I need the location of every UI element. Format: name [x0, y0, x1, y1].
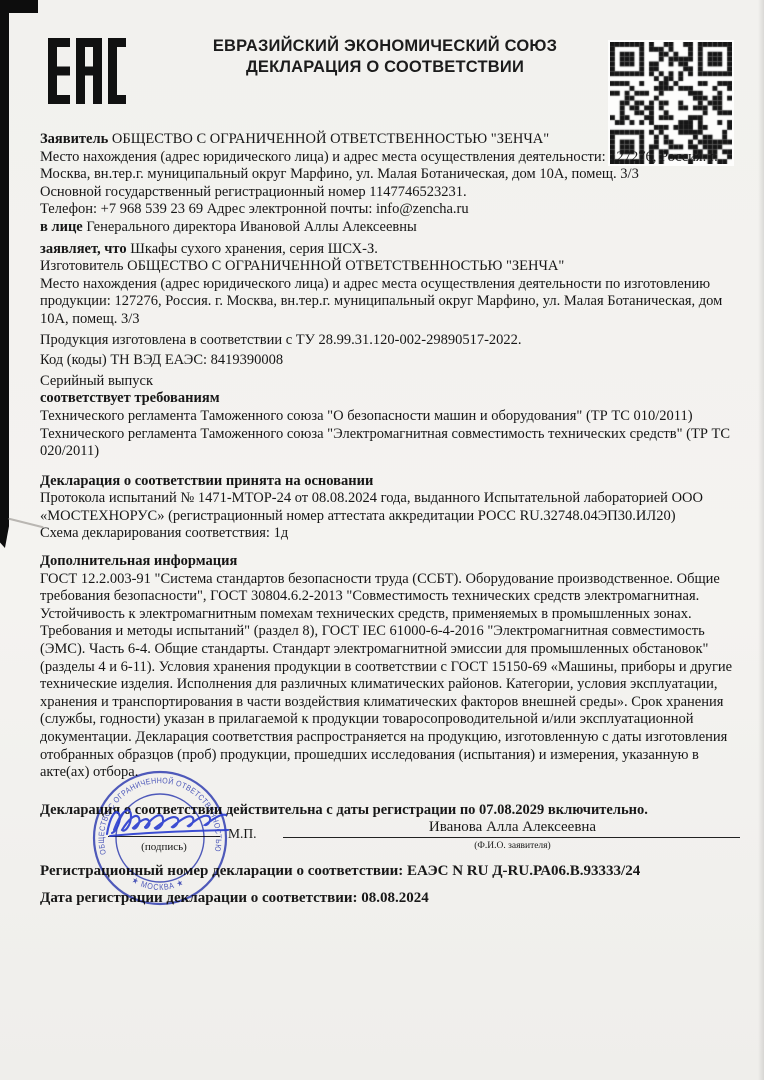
stamp-bottom-text: ★ МОСКВА ★	[130, 874, 185, 892]
basis-scheme: Схема декларирования соответствия: 1д	[40, 525, 744, 543]
applicant-fio: Иванова Алла Алексеевна	[285, 819, 740, 836]
applicant-person: в лице Генерального директора Ивановой А…	[40, 219, 744, 237]
tnved-line: Код (коды) ТН ВЭД ЕАЭС: 8419390008	[40, 352, 744, 370]
eac-mark-icon: EAC	[48, 38, 126, 109]
applicant-ogrn: Основной государственный регистрационный…	[40, 184, 744, 202]
compliance-reg1: Технического регламента Таможенного союз…	[40, 408, 744, 426]
scan-corner-artifact	[0, 0, 38, 13]
applicant-line: Заявитель ОБЩЕСТВО С ОГРАНИЧЕННОЙ ОТВЕТС…	[40, 131, 744, 149]
registration-number-value: ЕАЭС N RU Д-RU.РА06.В.93333/24	[407, 863, 640, 879]
fio-caption: (Ф.И.О. заявителя)	[285, 841, 740, 851]
handwritten-signature	[100, 800, 235, 847]
declares-line: заявляет, что Шкафы сухого хранения, сер…	[40, 241, 744, 259]
manufacturer-address: Место нахождения (адрес юридического лиц…	[40, 276, 744, 329]
additional-lead: Дополнительная информация	[40, 553, 744, 571]
additional-text: ГОСТ 12.2.003-91 "Система стандартов без…	[40, 571, 744, 782]
basis-lead: Декларация о соответствии принята на осн…	[40, 473, 744, 491]
scan-edge-shadow	[758, 0, 764, 1080]
document-title: ЕВРАЗИЙСКИЙ ЭКОНОМИЧЕСКИЙ СОЮЗ ДЕКЛАРАЦИ…	[150, 36, 620, 78]
manufacturer-line: Изготовитель ОБЩЕСТВО С ОГРАНИЧЕННОЙ ОТВ…	[40, 258, 744, 276]
fio-line	[283, 837, 740, 838]
document-body: Заявитель ОБЩЕСТВО С ОГРАНИЧЕННОЙ ОТВЕТС…	[40, 131, 744, 782]
scan-edge-artifact	[0, 0, 9, 548]
applicant-address: Место нахождения (адрес юридического лиц…	[40, 149, 744, 184]
title-line-1: ЕВРАЗИЙСКИЙ ЭКОНОМИЧЕСКИЙ СОЮЗ	[150, 36, 620, 57]
declaration-document: EAC ЕВРАЗИЙСКИЙ ЭКОНОМИЧЕСКИЙ СОЮЗ ДЕ	[0, 0, 764, 1080]
basis-protocol: Протокола испытаний № 1471-МТОР-24 от 08…	[40, 490, 744, 525]
serial-line: Серийный выпуск	[40, 373, 744, 391]
tu-line: Продукция изготовлена в соответствии с Т…	[40, 332, 744, 350]
compliance-lead: соответствует требованиям	[40, 390, 744, 408]
compliance-reg2: Технического регламента Таможенного союз…	[40, 426, 744, 461]
title-line-2: ДЕКЛАРАЦИЯ О СООТВЕТСТВИИ	[150, 57, 620, 78]
scan-crease-artifact	[8, 518, 43, 529]
svg-text:★ МОСКВА ★: ★ МОСКВА ★	[130, 874, 185, 892]
registration-date-value: 08.08.2024	[361, 890, 429, 906]
applicant-phone: Телефон: +7 968 539 23 69 Адрес электрон…	[40, 201, 744, 219]
